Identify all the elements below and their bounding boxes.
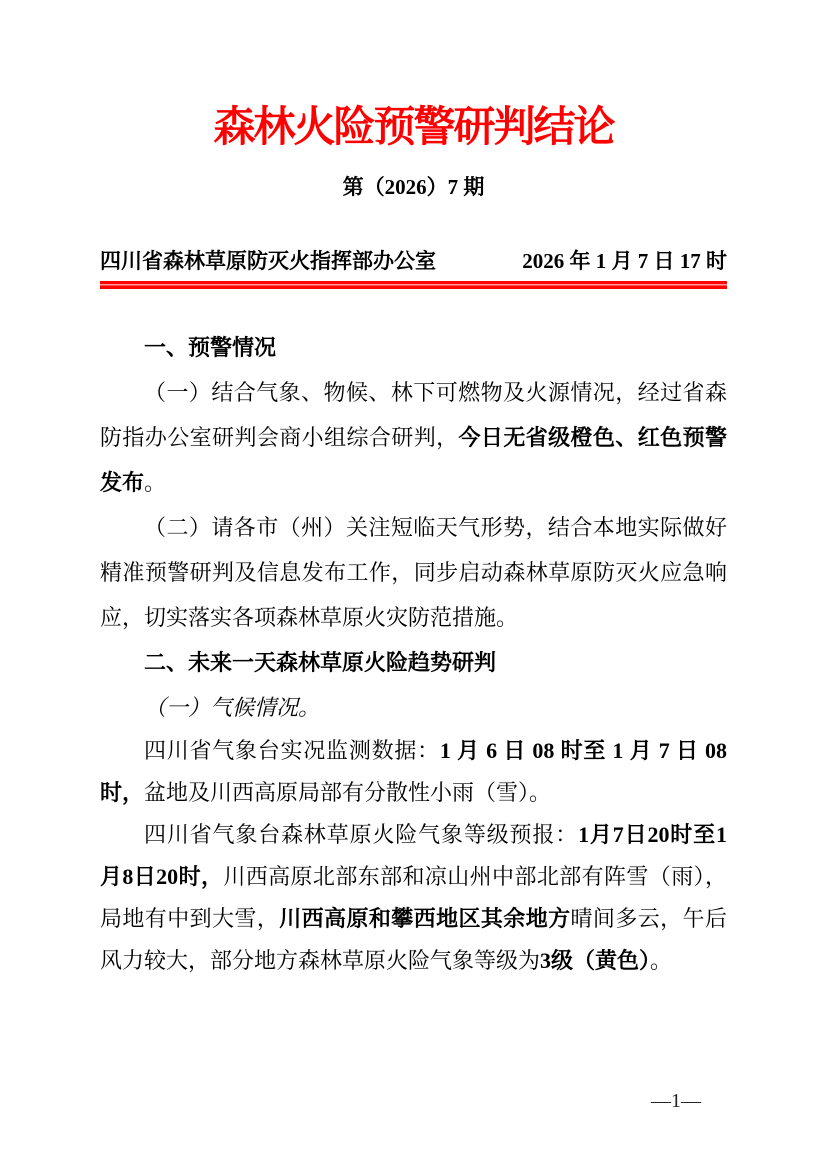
document-content: 森林火险预警研判结论 第（2026）7 期 四川省森林草原防灭火指挥部办公室 2…: [100, 0, 727, 982]
paragraph-observation-data: 四川省气象台实况监测数据：1 月 6 日 08 时至 1 月 7 日 08 时，…: [100, 730, 727, 814]
document-page: 森林火险预警研判结论 第（2026）7 期 四川省森林草原防灭火指挥部办公室 2…: [0, 0, 826, 1169]
paragraph-forecast: 四川省气象台森林草原火险气象等级预报：1月7日20时至1月8日20时，川西高原北…: [100, 814, 727, 982]
page-number: —1—: [651, 1090, 701, 1112]
text-run: 四川省气象台森林草原火险气象等级预报：: [144, 822, 578, 847]
issue-number: 第（2026）7 期: [100, 172, 727, 202]
section-2-heading: 二、未来一天森林草原火险趋势研判: [100, 640, 727, 685]
red-divider-rule: [100, 281, 727, 289]
paragraph-warning-status: （一）结合气象、物候、林下可燃物及火源情况，经过省森防指办公室研判会商小组综合研…: [100, 370, 727, 505]
text-run: 。: [144, 470, 166, 495]
text-run: 四川省气象台实况监测数据：: [144, 738, 440, 763]
paragraph-city-notice: （二）请各市（州）关注短临天气形势，结合本地实际做好精准预警研判及信息发布工作，…: [100, 505, 727, 640]
section-1-heading: 一、预警情况: [100, 325, 727, 370]
masthead-row: 四川省森林草原防灭火指挥部办公室 2026 年 1 月 7 日 17 时: [100, 246, 727, 276]
text-run-bold: 川西高原和攀西地区其余地方: [279, 906, 570, 931]
issue-datetime: 2026 年 1 月 7 日 17 时: [522, 246, 727, 276]
text-run: 盆地及川西高原局部有分散性小雨（雪）。: [144, 780, 551, 805]
issuing-office: 四川省森林草原防灭火指挥部办公室: [100, 246, 436, 276]
text-run-bold: 3级（黄色）: [540, 948, 650, 973]
document-title: 森林火险预警研判结论: [100, 98, 727, 158]
text-run: 。: [650, 948, 672, 973]
document-body: 一、预警情况 （一）结合气象、物候、林下可燃物及火源情况，经过省森防指办公室研判…: [100, 325, 727, 982]
sub-heading-climate: （一）气候情况。: [100, 685, 727, 730]
